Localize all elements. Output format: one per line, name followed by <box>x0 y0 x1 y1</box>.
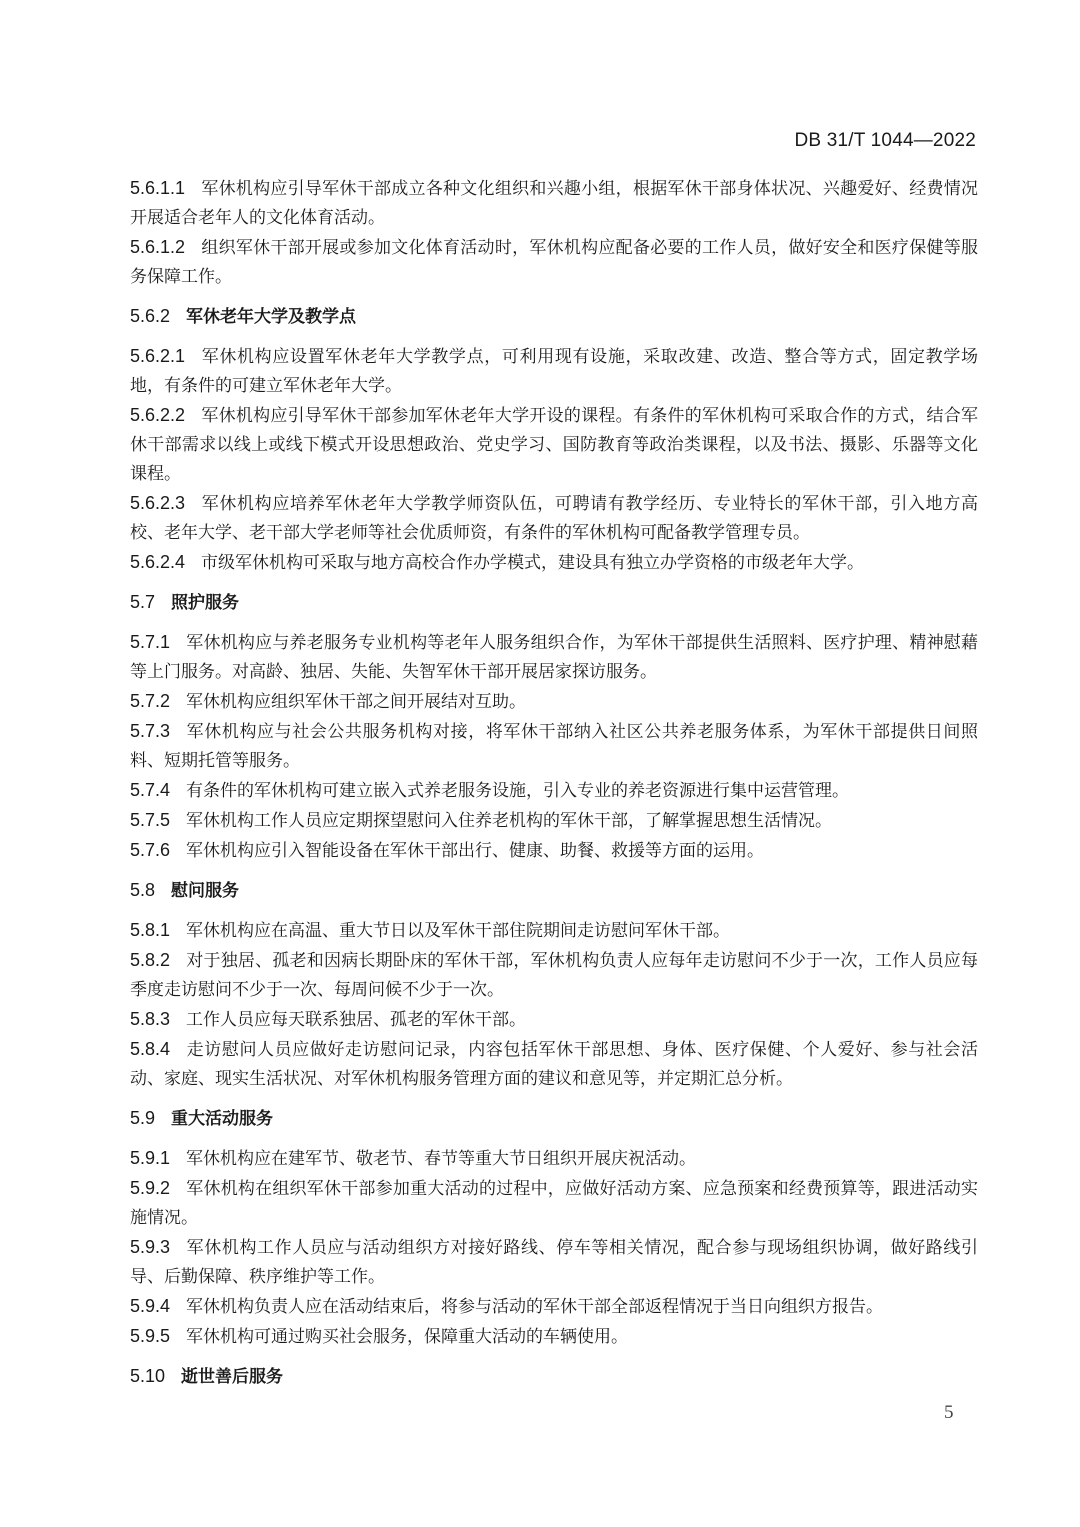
clause-number: 5.9.4 <box>130 1296 170 1316</box>
clause-5-7-5: 5.7.5军休机构工作人员应定期探望慰问入住养老机构的军休干部，了解掌握思想生活… <box>130 806 978 836</box>
clause-text: 军休机构应在高温、重大节日以及军休干部住院期间走访慰问军休干部。 <box>186 921 730 941</box>
clause-5-7-2: 5.7.2军休机构应组织军休干部之间开展结对互助。 <box>130 687 978 717</box>
clause-5-9-4: 5.9.4军休机构负责人应在活动结束后，将参与活动的军休干部全部返程情况于当日向… <box>130 1292 978 1322</box>
section-number: 5.7 <box>130 592 155 612</box>
clause-number: 5.9.1 <box>130 1148 170 1168</box>
clause-5-6-1-2: 5.6.1.2组织军休干部开展或参加文化体育活动时，军休机构应配备必要的工作人员… <box>130 233 978 292</box>
section-number: 5.8 <box>130 880 155 900</box>
section-title: 逝世善后服务 <box>181 1367 283 1387</box>
clause-5-7-6: 5.7.6军休机构应引入智能设备在军休干部出行、健康、助餐、救援等方面的运用。 <box>130 836 978 866</box>
section-heading-5-10: 5.10逝世善后服务 <box>130 1362 978 1392</box>
section-title: 照护服务 <box>171 593 239 613</box>
clause-text: 走访慰问人员应做好走访慰问记录，内容包括军休干部思想、身体、医疗保健、个人爱好、… <box>130 1040 978 1089</box>
clause-5-9-1: 5.9.1军休机构应在建军节、敬老节、春节等重大节日组织开展庆祝活动。 <box>130 1144 978 1174</box>
clause-5-7-3: 5.7.3军休机构应与社会公共服务机构对接，将军休干部纳入社区公共养老服务体系，… <box>130 717 978 776</box>
clause-text: 军休机构在组织军休干部参加重大活动的过程中，应做好活动方案、应急预案和经费预算等… <box>130 1179 978 1228</box>
clause-text: 军休机构应组织军休干部之间开展结对互助。 <box>186 692 526 712</box>
clause-5-9-2: 5.9.2军休机构在组织军休干部参加重大活动的过程中，应做好活动方案、应急预案和… <box>130 1174 978 1233</box>
clause-text: 市级军休机构可采取与地方高校合作办学模式，建设具有独立办学资格的市级老年大学。 <box>201 553 864 573</box>
clause-text: 军休机构应引导军休干部参加军休老年大学开设的课程。有条件的军休机构可采取合作的方… <box>130 406 978 484</box>
clause-text: 有条件的军休机构可建立嵌入式养老服务设施，引入专业的养老资源进行集中运营管理。 <box>186 781 849 801</box>
page-number: 5 <box>944 1402 954 1424</box>
section-title: 慰问服务 <box>171 881 239 901</box>
clause-text: 军休机构应与社会公共服务机构对接，将军休干部纳入社区公共养老服务体系，为军休干部… <box>130 722 978 771</box>
section-heading-5-8: 5.8慰问服务 <box>130 876 978 906</box>
clause-number: 5.7.1 <box>130 632 170 652</box>
clause-text: 军休机构应在建军节、敬老节、春节等重大节日组织开展庆祝活动。 <box>186 1149 696 1169</box>
clause-5-6-2-4: 5.6.2.4市级军休机构可采取与地方高校合作办学模式，建设具有独立办学资格的市… <box>130 548 978 578</box>
clause-text: 军休机构工作人员应定期探望慰问入住养老机构的军休干部，了解掌握思想生活情况。 <box>186 811 832 831</box>
clause-number: 5.8.2 <box>130 950 170 970</box>
clause-number: 5.7.3 <box>130 721 170 741</box>
clause-text: 军休机构应引入智能设备在军休干部出行、健康、助餐、救援等方面的运用。 <box>186 841 764 861</box>
clause-5-8-4: 5.8.4走访慰问人员应做好走访慰问记录，内容包括军休干部思想、身体、医疗保健、… <box>130 1035 978 1094</box>
clause-number: 5.7.6 <box>130 840 170 860</box>
document-body: 5.6.1.1军休机构应引导军休干部成立各种文化组织和兴趣小组，根据军休干部身体… <box>130 174 978 1402</box>
clause-5-6-2-2: 5.6.2.2军休机构应引导军休干部参加军休老年大学开设的课程。有条件的军休机构… <box>130 401 978 489</box>
clause-number: 5.6.2.2 <box>130 405 185 425</box>
section-number: 5.6.2 <box>130 306 170 326</box>
clause-5-8-2: 5.8.2对于独居、孤老和因病长期卧床的军休干部，军休机构负责人应每年走访慰问不… <box>130 946 978 1005</box>
clause-5-7-4: 5.7.4有条件的军休机构可建立嵌入式养老服务设施，引入专业的养老资源进行集中运… <box>130 776 978 806</box>
section-title: 军休老年大学及教学点 <box>186 307 356 327</box>
clause-number: 5.9.2 <box>130 1178 170 1198</box>
clause-5-6-2-1: 5.6.2.1军休机构应设置军休老年大学教学点，可利用现有设施，采取改建、改造、… <box>130 342 978 401</box>
clause-text: 军休机构工作人员应与活动组织方对接好路线、停车等相关情况，配合参与现场组织协调，… <box>130 1238 978 1287</box>
clause-number: 5.8.3 <box>130 1009 170 1029</box>
clause-number: 5.9.5 <box>130 1326 170 1346</box>
clause-number: 5.6.2.4 <box>130 552 185 572</box>
clause-number: 5.6.1.2 <box>130 237 185 257</box>
clause-number: 5.9.3 <box>130 1237 170 1257</box>
clause-5-9-5: 5.9.5军休机构可通过购买社会服务，保障重大活动的车辆使用。 <box>130 1322 978 1352</box>
section-title: 重大活动服务 <box>171 1109 273 1129</box>
section-heading-5-7: 5.7照护服务 <box>130 588 978 618</box>
section-heading-5-6-2: 5.6.2军休老年大学及教学点 <box>130 302 978 332</box>
clause-number: 5.7.4 <box>130 780 170 800</box>
clause-text: 组织军休干部开展或参加文化体育活动时，军休机构应配备必要的工作人员，做好安全和医… <box>130 238 978 287</box>
standard-code: DB 31/T 1044—2022 <box>794 130 976 152</box>
section-number: 5.9 <box>130 1108 155 1128</box>
clause-5-8-1: 5.8.1军休机构应在高温、重大节日以及军休干部住院期间走访慰问军休干部。 <box>130 916 978 946</box>
clause-number: 5.8.4 <box>130 1039 170 1059</box>
clause-5-7-1: 5.7.1军休机构应与养老服务专业机构等老年人服务组织合作，为军休干部提供生活照… <box>130 628 978 687</box>
clause-text: 军休机构应与养老服务专业机构等老年人服务组织合作，为军休干部提供生活照料、医疗护… <box>130 633 978 682</box>
section-heading-5-9: 5.9重大活动服务 <box>130 1104 978 1134</box>
clause-number: 5.6.2.1 <box>130 346 185 366</box>
clause-text: 军休机构负责人应在活动结束后，将参与活动的军休干部全部返程情况于当日向组织方报告… <box>186 1297 883 1317</box>
clause-5-6-1-1: 5.6.1.1军休机构应引导军休干部成立各种文化组织和兴趣小组，根据军休干部身体… <box>130 174 978 233</box>
clause-text: 军休机构应设置军休老年大学教学点，可利用现有设施，采取改建、改造、整合等方式，固… <box>130 347 978 396</box>
clause-text: 工作人员应每天联系独居、孤老的军休干部。 <box>186 1010 526 1030</box>
clause-number: 5.7.2 <box>130 691 170 711</box>
clause-text: 军休机构应引导军休干部成立各种文化组织和兴趣小组，根据军休干部身体状况、兴趣爱好… <box>130 179 978 228</box>
clause-number: 5.7.5 <box>130 810 170 830</box>
clause-5-8-3: 5.8.3工作人员应每天联系独居、孤老的军休干部。 <box>130 1005 978 1035</box>
clause-number: 5.8.1 <box>130 920 170 940</box>
clause-text: 对于独居、孤老和因病长期卧床的军休干部，军休机构负责人应每年走访慰问不少于一次，… <box>130 951 978 1000</box>
clause-text: 军休机构应培养军休老年大学教学师资队伍，可聘请有教学经历、专业特长的军休干部，引… <box>130 494 978 543</box>
clause-text: 军休机构可通过购买社会服务，保障重大活动的车辆使用。 <box>186 1327 628 1347</box>
clause-5-6-2-3: 5.6.2.3军休机构应培养军休老年大学教学师资队伍，可聘请有教学经历、专业特长… <box>130 489 978 548</box>
clause-number: 5.6.2.3 <box>130 493 185 513</box>
clause-5-9-3: 5.9.3军休机构工作人员应与活动组织方对接好路线、停车等相关情况，配合参与现场… <box>130 1233 978 1292</box>
clause-number: 5.6.1.1 <box>130 178 185 198</box>
section-number: 5.10 <box>130 1366 165 1386</box>
